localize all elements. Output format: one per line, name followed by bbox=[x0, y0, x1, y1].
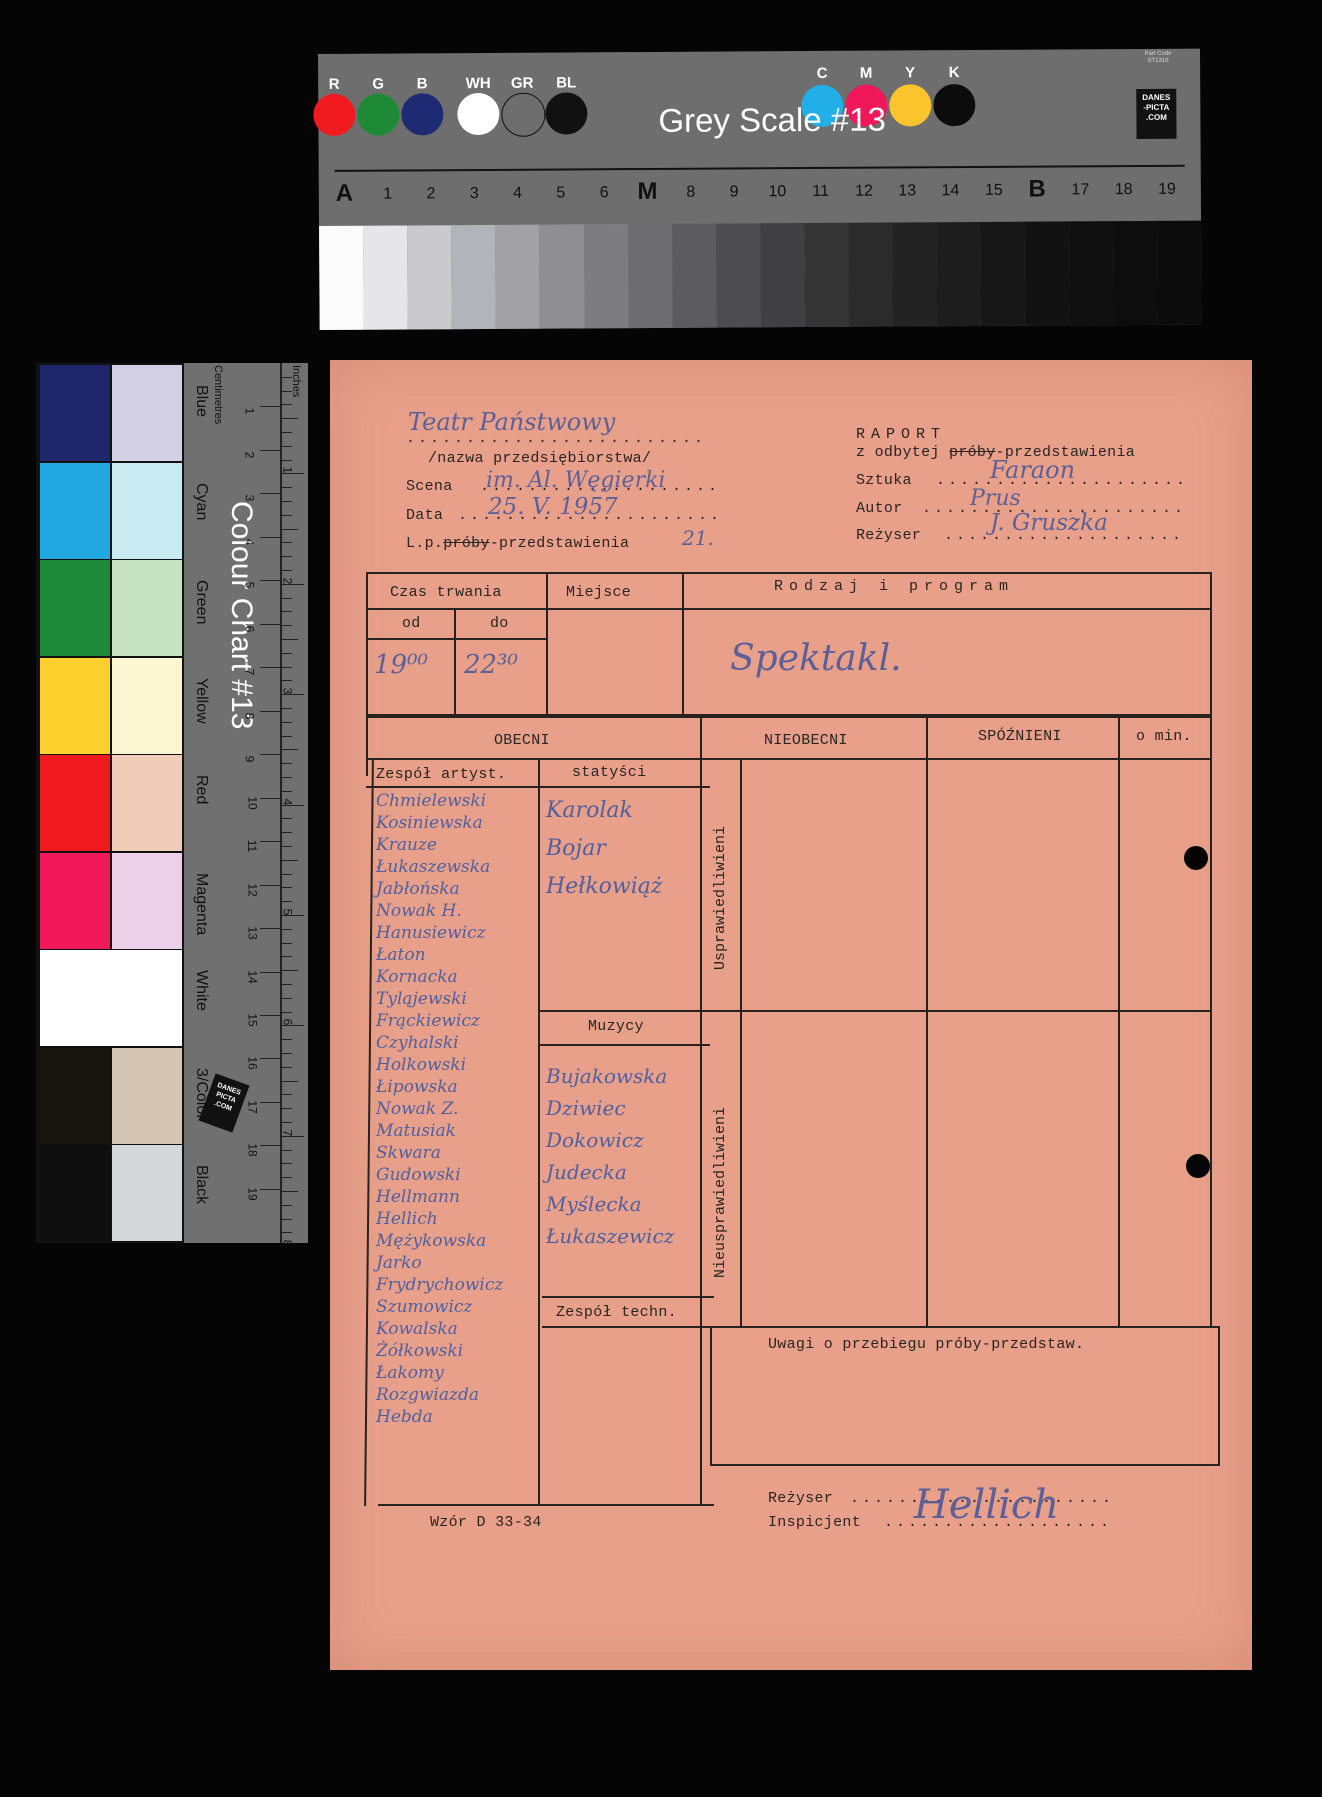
list-item: Jarko bbox=[376, 1252, 503, 1274]
list-item: Tyląjewski bbox=[376, 988, 503, 1010]
list-item: Mężykowska bbox=[376, 1230, 503, 1252]
grey-swatches bbox=[319, 221, 1202, 330]
list-item: Dokowicz bbox=[546, 1124, 674, 1156]
grey-swatch bbox=[363, 225, 408, 329]
nieusprawiedliwieni-label: Nieusprawiedliwieni bbox=[712, 1107, 729, 1278]
miejsce-header: Miejsce bbox=[566, 584, 631, 601]
cm-number: 12 bbox=[246, 883, 260, 896]
musicians-list: BujakowskaDziwiecDokowiczJudeckaMyślecka… bbox=[546, 1060, 674, 1252]
data-label: Data bbox=[406, 507, 443, 524]
cm-number: 6 bbox=[242, 625, 256, 632]
step-label: 1 bbox=[366, 185, 409, 203]
usprawiedliwieni-label: Usprawiedliwieni bbox=[712, 826, 729, 970]
statysci-header: statyści bbox=[572, 764, 646, 781]
rodzaj-program-header: Rodzaj i program bbox=[774, 578, 1014, 595]
report-title: RAPORT bbox=[856, 426, 946, 443]
list-item: Bujakowska bbox=[546, 1060, 674, 1092]
list-item: Skwara bbox=[376, 1142, 503, 1164]
cm-number: 19 bbox=[246, 1187, 260, 1200]
grey-swatch bbox=[892, 222, 937, 326]
step-label: 14 bbox=[929, 182, 972, 200]
list-item: Rozgwiazda bbox=[376, 1384, 503, 1406]
lp-label: L.p.próby-przedstawienia bbox=[406, 535, 629, 552]
colour-row-red bbox=[40, 755, 182, 851]
cm-number: 17 bbox=[246, 1100, 260, 1113]
step-label: M bbox=[626, 178, 669, 206]
uwagi-header: Uwagi o przebiegu próby-przedstaw. bbox=[768, 1336, 1084, 1353]
inspicjent-signature: Hellich bbox=[914, 1482, 1059, 1528]
grey-swatch bbox=[804, 223, 849, 327]
list-item: Łakomy bbox=[376, 1362, 503, 1384]
list-item: Łipowska bbox=[376, 1076, 503, 1098]
list-item: Judecka bbox=[546, 1156, 674, 1188]
color-dot-b bbox=[401, 93, 443, 135]
colour-chart-title: Colour Chart #13 bbox=[224, 501, 258, 729]
step-label: 3 bbox=[453, 185, 496, 203]
list-item: Nowak H. bbox=[376, 900, 503, 922]
cm-number: 2 bbox=[242, 452, 256, 459]
list-item: Łukaszewicz bbox=[546, 1220, 674, 1252]
obecni-header: OBECNI bbox=[494, 732, 550, 749]
colour-row-magenta bbox=[40, 853, 182, 949]
step-label: 18 bbox=[1102, 181, 1145, 199]
company-label: /nazwa przedsiębiorstwa/ bbox=[428, 450, 651, 467]
cm-number: 16 bbox=[246, 1057, 260, 1070]
color-dot-y bbox=[889, 84, 931, 126]
rezyser-label: Reżyser bbox=[856, 527, 921, 544]
step-label: 8 bbox=[669, 184, 712, 202]
colour-row-blue bbox=[40, 365, 182, 461]
patch-label: R bbox=[312, 76, 356, 93]
rehearsal-report-form: Teatr Państwowy ........................… bbox=[330, 360, 1252, 1670]
extras-list: KarolakBojarHełkowiąż bbox=[546, 792, 663, 906]
step-label: 11 bbox=[799, 183, 842, 201]
grey-swatch bbox=[407, 225, 452, 329]
danes-picta-logo: DANES-PICTA.COM bbox=[1136, 89, 1176, 139]
grey-scale-card: Part CodeST1316 RGBWHGRBLCMYK Grey Scale… bbox=[318, 49, 1202, 330]
color-dot-r bbox=[313, 94, 355, 136]
cm-number: 9 bbox=[242, 756, 256, 763]
list-item: Matusiak bbox=[376, 1120, 503, 1142]
cm-number: 10 bbox=[246, 796, 260, 809]
zespol-artyst-header: Zespół artyst. bbox=[376, 766, 506, 783]
patch-label: M bbox=[844, 65, 888, 82]
step-label: 5 bbox=[539, 184, 582, 202]
colour-label: Green bbox=[192, 580, 210, 624]
grey-swatch bbox=[980, 222, 1025, 326]
step-label: 4 bbox=[496, 185, 539, 203]
muzycy-header: Muzycy bbox=[588, 1018, 644, 1035]
colour-label: Black bbox=[192, 1165, 210, 1204]
patch-label: WH bbox=[456, 75, 500, 92]
grey-swatch bbox=[1069, 221, 1114, 325]
list-item: Frydrychowicz bbox=[376, 1274, 503, 1296]
cm-number: 7 bbox=[242, 669, 256, 676]
color-dot-k bbox=[933, 84, 975, 126]
list-item: Łaton bbox=[376, 944, 503, 966]
zespol-techn-header: Zespół techn. bbox=[556, 1304, 677, 1321]
do-header: do bbox=[490, 615, 509, 632]
cm-number: 11 bbox=[245, 840, 259, 852]
step-labels: A123456M89101112131415B171819 bbox=[319, 181, 1201, 208]
patch-label: K bbox=[932, 64, 976, 81]
sztuka-handwritten: Faraon bbox=[990, 456, 1075, 484]
cm-number: 1 bbox=[242, 408, 256, 415]
grey-swatch bbox=[848, 222, 893, 326]
step-label: 15 bbox=[972, 182, 1015, 200]
grey-swatch bbox=[1113, 221, 1158, 325]
list-item: Krauze bbox=[376, 834, 503, 856]
list-item: Łukaszewska bbox=[376, 856, 503, 878]
part-code: Part CodeST1316 bbox=[1128, 51, 1188, 65]
list-item: Bojar bbox=[546, 830, 663, 868]
list-item: Jabłońska bbox=[376, 878, 503, 900]
colour-chart: Centimetres Inches Colour Chart #13 Blue… bbox=[36, 363, 308, 1243]
autor-handwritten: Prus bbox=[970, 486, 1021, 511]
list-item: Karolak bbox=[546, 792, 663, 830]
cm-number: 13 bbox=[246, 926, 260, 939]
step-label: 19 bbox=[1145, 181, 1188, 199]
list-item: Kosiniewska bbox=[376, 812, 503, 834]
footer-rezyser-label: Reżyser bbox=[768, 1490, 833, 1507]
color-dot-wh bbox=[457, 93, 499, 135]
do-value: 22³⁰ bbox=[464, 650, 518, 680]
punch-hole bbox=[1184, 846, 1208, 870]
patch-label: B bbox=[400, 75, 444, 92]
list-item: Holkowski bbox=[376, 1054, 503, 1076]
autor-label: Autor bbox=[856, 500, 903, 517]
list-item: Szumowicz bbox=[376, 1296, 503, 1318]
list-item: Hebda bbox=[376, 1406, 503, 1428]
step-label: 12 bbox=[842, 183, 885, 201]
cm-number: 14 bbox=[246, 970, 260, 983]
grey-swatch bbox=[319, 226, 364, 330]
color-dot-g bbox=[357, 94, 399, 136]
grey-swatch bbox=[495, 225, 540, 329]
list-item: Hełkowiąż bbox=[546, 868, 663, 906]
cm-number: 8 bbox=[242, 712, 256, 719]
cm-number: 15 bbox=[246, 1013, 260, 1026]
rezyser-handwritten: J. Gruszka bbox=[990, 510, 1108, 536]
grey-swatch bbox=[760, 223, 805, 327]
color-dot-bl bbox=[545, 92, 587, 134]
divider bbox=[335, 165, 1185, 172]
list-item: Żółkowski bbox=[376, 1340, 503, 1362]
colour-row-cyan bbox=[40, 463, 182, 559]
company-dots: ......................... bbox=[406, 430, 706, 447]
list-item: Kowalska bbox=[376, 1318, 503, 1340]
nieobecni-header: NIEOBECNI bbox=[764, 732, 848, 749]
patch-label: BL bbox=[544, 74, 588, 91]
grey-swatch bbox=[584, 224, 629, 328]
grey-scale-title: Grey Scale #13 bbox=[658, 101, 886, 140]
artists-list: ChmielewskiKosiniewskaKrauzeŁukaszewskaJ… bbox=[376, 790, 503, 1428]
grey-swatch bbox=[628, 224, 673, 328]
od-header: od bbox=[402, 615, 421, 632]
grey-swatch bbox=[1025, 221, 1070, 325]
patch-label: GR bbox=[500, 75, 544, 92]
color-dot-gr bbox=[501, 93, 545, 137]
step-label: 2 bbox=[409, 185, 452, 203]
list-item: Frąckiewicz bbox=[376, 1010, 503, 1032]
scena-label: Scena bbox=[406, 478, 453, 495]
data-handwritten: 25. V. 1957 bbox=[488, 494, 618, 520]
grey-swatch bbox=[716, 223, 761, 327]
unit-cm-label: Centimetres bbox=[212, 365, 224, 424]
colour-row-green bbox=[40, 560, 182, 656]
patch-label: Y bbox=[888, 64, 932, 81]
cm-number: 4 bbox=[242, 539, 256, 546]
list-item: Hellich bbox=[376, 1208, 503, 1230]
spoznieni-header: SPÓŹNIENI bbox=[978, 728, 1062, 745]
colour-label: Blue bbox=[192, 385, 210, 417]
grey-swatch bbox=[451, 225, 496, 329]
patch-label: G bbox=[356, 75, 400, 92]
czas-trwania-header: Czas trwania bbox=[390, 584, 502, 601]
colour-row-yellow bbox=[40, 658, 182, 754]
step-label: B bbox=[1016, 175, 1059, 203]
colour-label: White bbox=[192, 970, 210, 1011]
o-min-header: o min. bbox=[1136, 728, 1192, 745]
colour-label: Red bbox=[192, 775, 210, 804]
list-item: Gudowski bbox=[376, 1164, 503, 1186]
inch-number: 8 bbox=[280, 1240, 294, 1247]
footer-inspicjent-label: Inspicjent bbox=[768, 1514, 861, 1531]
cm-number: 18 bbox=[246, 1144, 260, 1157]
list-item: Czyhalski bbox=[376, 1032, 503, 1054]
list-item: Hanusiewicz bbox=[376, 922, 503, 944]
step-label: 9 bbox=[712, 183, 755, 201]
colour-label: Yellow bbox=[192, 678, 210, 724]
colour-row-3-color bbox=[40, 1048, 182, 1144]
step-label: 13 bbox=[886, 182, 929, 200]
list-item: Hellmann bbox=[376, 1186, 503, 1208]
list-item: Nowak Z. bbox=[376, 1098, 503, 1120]
colour-row-white bbox=[40, 950, 182, 1046]
list-item: Kornacka bbox=[376, 966, 503, 988]
lp-handwritten: 21. bbox=[682, 526, 714, 550]
colour-row-black bbox=[40, 1145, 182, 1241]
grey-swatch bbox=[540, 224, 585, 328]
step-label: 6 bbox=[583, 184, 626, 202]
colour-label: Cyan bbox=[192, 483, 210, 520]
list-item: Dziwiec bbox=[546, 1092, 674, 1124]
cm-number: 3 bbox=[242, 495, 256, 502]
od-value: 19⁰⁰ bbox=[374, 650, 428, 680]
rodzaj-value: Spektakl. bbox=[730, 638, 902, 679]
grey-swatch bbox=[936, 222, 981, 326]
scena-handwritten: im. Al. Węgierki bbox=[486, 468, 665, 493]
grey-swatch bbox=[672, 224, 717, 328]
step-label: A bbox=[323, 180, 366, 208]
step-label: 17 bbox=[1059, 181, 1102, 199]
colour-patches bbox=[36, 363, 186, 1243]
grey-swatch bbox=[1157, 221, 1202, 325]
list-item: Myślecka bbox=[546, 1188, 674, 1220]
unit-in-label: Inches bbox=[290, 365, 302, 397]
step-label: 10 bbox=[756, 183, 799, 201]
list-item: Chmielewski bbox=[376, 790, 503, 812]
punch-hole bbox=[1186, 1154, 1210, 1178]
colour-label: Magenta bbox=[192, 873, 210, 935]
form-code: Wzór D 33-34 bbox=[430, 1514, 542, 1531]
cm-number: 5 bbox=[242, 582, 256, 589]
sztuka-label: Sztuka bbox=[856, 472, 912, 489]
patch-label: C bbox=[800, 65, 844, 82]
